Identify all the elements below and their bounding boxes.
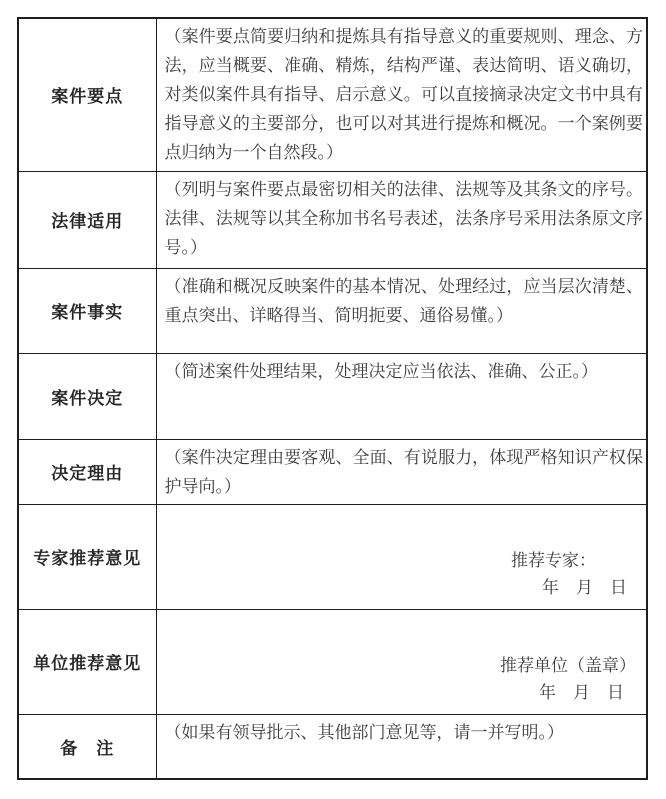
cell-case-points-note: （案件要点简要归纳和提炼具有指导意义的重要规则、理念、方法，应当概要、准确、精炼…: [156, 18, 647, 171]
cell-remarks-note: （如果有领导批示、其他部门意见等，请一并写明。）: [156, 714, 647, 779]
row-label-case-decision: 案件决定: [18, 353, 156, 439]
row-label-case-points: 案件要点: [18, 18, 156, 171]
expert-signature-block: 推荐专家： 年 月 日: [165, 547, 647, 601]
cell-case-decision-note: （简述案件处理结果，处理决定应当依法、准确、公正。）: [156, 353, 647, 439]
row-label-case-facts: 案件事实: [18, 268, 156, 353]
cell-legal-application-note: （列明与案件要点最密切相关的法律、法规等及其条文的序号。法律、法规等以其全称加书…: [156, 171, 647, 268]
cell-case-facts-note: （准确和概况反映案件的基本情况、处理经过，应当层次清楚、重点突出、详略得当、简明…: [156, 268, 647, 353]
table-row: 备 注 （如果有领导批示、其他部门意见等，请一并写明。）: [18, 714, 647, 779]
row-label-decision-reasons: 决定理由: [18, 439, 156, 504]
case-recommendation-table: 案件要点 （案件要点简要归纳和提炼具有指导意义的重要规则、理念、方法，应当概要、…: [17, 17, 648, 780]
expert-signature-label: 推荐专家：: [511, 547, 596, 574]
row-label-remarks: 备 注: [18, 714, 156, 779]
cell-decision-reasons-note: （案件决定理由要客观、全面、有说服力，体现严格知识产权保护导向。）: [156, 439, 647, 504]
table-row: 单位推荐意见 推荐单位（盖章） 年 月 日: [18, 609, 647, 714]
unit-signature-label: 推荐单位（盖章）: [500, 652, 636, 679]
table-row: 案件事实 （准确和概况反映案件的基本情况、处理经过，应当层次清楚、重点突出、详略…: [18, 268, 647, 353]
row-label-legal-application: 法律适用: [18, 171, 156, 268]
cell-unit-recommendation: 推荐单位（盖章） 年 月 日: [156, 609, 647, 714]
cell-expert-recommendation: 推荐专家： 年 月 日: [156, 504, 647, 609]
table-row: 专家推荐意见 推荐专家： 年 月 日: [18, 504, 647, 609]
table-row: 法律适用 （列明与案件要点最密切相关的法律、法规等及其条文的序号。法律、法规等以…: [18, 171, 647, 268]
form-page: 案件要点 （案件要点简要归纳和提炼具有指导意义的重要规则、理念、方法，应当概要、…: [0, 0, 666, 799]
table-row: 案件决定 （简述案件处理结果，处理决定应当依法、准确、公正。）: [18, 353, 647, 439]
unit-date-line: 年 月 日: [539, 679, 624, 706]
row-label-expert-recommendation: 专家推荐意见: [18, 504, 156, 609]
unit-signature-block: 推荐单位（盖章） 年 月 日: [165, 652, 647, 706]
table-row: 案件要点 （案件要点简要归纳和提炼具有指导意义的重要规则、理念、方法，应当概要、…: [18, 18, 647, 171]
table-row: 决定理由 （案件决定理由要客观、全面、有说服力，体现严格知识产权保护导向。）: [18, 439, 647, 504]
row-label-unit-recommendation: 单位推荐意见: [18, 609, 156, 714]
expert-date-line: 年 月 日: [542, 574, 627, 601]
